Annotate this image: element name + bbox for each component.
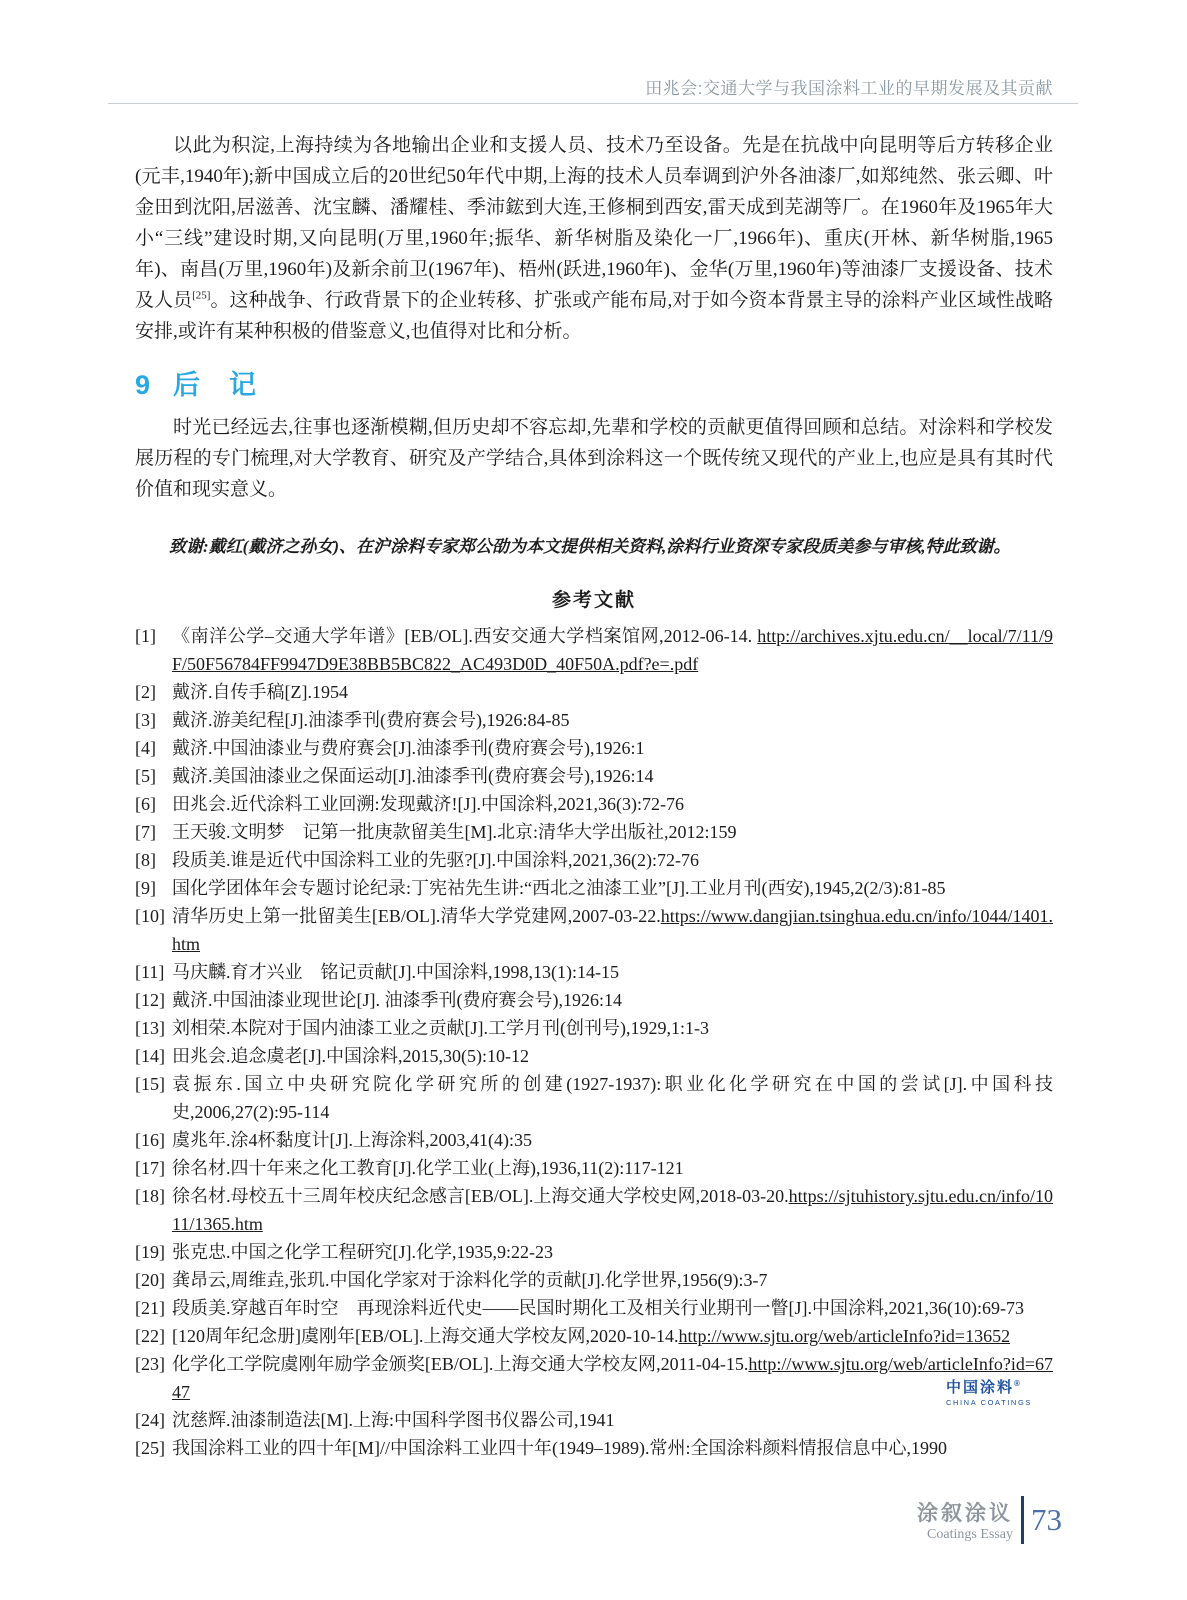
footer-divider-bar (1021, 1496, 1024, 1544)
reference-content: 戴济.自传手稿[Z].1954 (172, 682, 348, 702)
reference-content: 田兆会.追念虞老[J].中国涂料,2015,30(5):10-12 (172, 1046, 529, 1066)
reference-content: 沈慈辉.油漆制造法[M].上海:中国科学图书仪器公司,1941 (172, 1410, 615, 1430)
reference-text: 虞兆年.涂4杯黏度计[J].上海涂料,2003,41(4):35 (172, 1130, 532, 1150)
reference-number: [5] (135, 762, 156, 790)
reference-item: [6]田兆会.近代涂料工业回溯:发现戴济![J].中国涂料,2021,36(3)… (135, 790, 1053, 818)
reference-item: [9]国化学团体年会专题讨论纪录:丁宪祜先生讲:“西北之油漆工业”[J].工业月… (135, 874, 1053, 902)
reference-content: 王天骏.文明梦 记第一批庚款留美生[M].北京:清华大学出版社,2012:159 (172, 822, 737, 842)
section-heading-postscript: 9后 记 (135, 363, 1053, 402)
paragraph-postscript: 时光已经远去,往事也逐渐模糊,但历史却不容忘却,先辈和学校的贡献更值得回顾和总结… (135, 412, 1053, 505)
reference-number: [23] (135, 1350, 165, 1378)
reference-url-link[interactable]: http://www.sjtu.org/web/articleInfo?id=1… (678, 1326, 1010, 1346)
section-title: 后 记 (173, 370, 257, 400)
reference-item: [7]王天骏.文明梦 记第一批庚款留美生[M].北京:清华大学出版社,2012:… (135, 818, 1053, 846)
reference-item: [15]袁振东.国立中央研究院化学研究所的创建(1927-1937):职业化化学… (135, 1070, 1053, 1126)
reference-text: 清华历史上第一批留美生[EB/OL].清华大学党建网,2007-03-22. (172, 906, 661, 926)
reference-item: [21]段质美.穿越百年时空 再现涂料近代史——民国时期化工及相关行业期刊一瞥[… (135, 1294, 1053, 1322)
reference-text: 龚昂云,周维垚,张玑.中国化学家对于涂料化学的贡献[J].化学世界,1956(9… (172, 1270, 767, 1290)
column-title-english: Coatings Essay (917, 1527, 1013, 1543)
paragraph-enterprise-transfer: 以此为积淀,上海持续为各地输出企业和支援人员、技术乃至设备。先是在抗战中向昆明等… (135, 130, 1053, 347)
reference-number: [18] (135, 1182, 165, 1210)
reference-number: [24] (135, 1406, 165, 1434)
reference-content: 段质美.穿越百年时空 再现涂料近代史——民国时期化工及相关行业期刊一瞥[J].中… (172, 1298, 1024, 1318)
brand-name: 中国涂料® (946, 1376, 1032, 1397)
china-coatings-logo: 中国涂料® CHINA COATINGS (946, 1376, 1032, 1407)
reference-text: 国化学团体年会专题讨论纪录:丁宪祜先生讲:“西北之油漆工业”[J].工业月刊(西… (172, 878, 945, 898)
reference-number: [13] (135, 1014, 165, 1042)
reference-number: [2] (135, 678, 156, 706)
reference-content: 田兆会.近代涂料工业回溯:发现戴济![J].中国涂料,2021,36(3):72… (172, 794, 684, 814)
reference-content: 张克忠.中国之化学工程研究[J].化学,1935,9:22-23 (172, 1242, 553, 1262)
running-title: 田兆会:交通大学与我国涂料工业的早期发展及其贡献 (645, 74, 1053, 99)
reference-text: 马庆麟.育才兴业 铭记贡献[J].中国涂料,1998,13(1):14-15 (172, 962, 619, 982)
registered-mark-icon: ® (1014, 1379, 1022, 1388)
reference-item: [11]马庆麟.育才兴业 铭记贡献[J].中国涂料,1998,13(1):14-… (135, 958, 1053, 986)
section-number: 9 (135, 370, 151, 400)
reference-text: 徐名材.四十年来之化工教育[J].化学工业(上海),1936,11(2):117… (172, 1158, 684, 1178)
page-content: 以此为积淀,上海持续为各地输出企业和支援人员、技术乃至设备。先是在抗战中向昆明等… (135, 130, 1053, 1462)
reference-text: 戴济.中国油漆业与费府赛会[J].油漆季刊(费府赛会号),1926:1 (172, 738, 644, 758)
reference-item: [20]龚昂云,周维垚,张玑.中国化学家对于涂料化学的贡献[J].化学世界,19… (135, 1266, 1053, 1294)
reference-number: [25] (135, 1434, 165, 1462)
reference-item: [2]戴济.自传手稿[Z].1954 (135, 678, 1053, 706)
reference-text: 袁振东.国立中央研究院化学研究所的创建(1927-1937):职业化化学研究在中… (172, 1074, 1053, 1122)
reference-text: 徐名材.母校五十三周年校庆纪念感言[EB/OL].上海交通大学校史网,2018-… (172, 1186, 789, 1206)
reference-item: [4]戴济.中国油漆业与费府赛会[J].油漆季刊(费府赛会号),1926:1 (135, 734, 1053, 762)
column-title: 涂叙涂议 (917, 1497, 1013, 1527)
reference-content: 马庆麟.育才兴业 铭记贡献[J].中国涂料,1998,13(1):14-15 (172, 962, 619, 982)
reference-number: [4] (135, 734, 156, 762)
reference-text: 化学化工学院虞刚年励学金颁奖[EB/OL].上海交通大学校友网,2011-04-… (172, 1354, 748, 1374)
reference-number: [7] (135, 818, 156, 846)
reference-content: 段质美.谁是近代中国涂料工业的先驱?[J].中国涂料,2021,36(2):72… (172, 850, 699, 870)
reference-number: [11] (135, 958, 164, 986)
reference-number: [16] (135, 1126, 165, 1154)
reference-item: [22][120周年纪念册]虞刚年[EB/OL].上海交通大学校友网,2020-… (135, 1322, 1053, 1350)
citation-superscript: [25] (192, 290, 210, 302)
reference-content: 戴济.中国油漆业现世论[J]. 油漆季刊(费府赛会号),1926:14 (172, 990, 622, 1010)
reference-text: 田兆会.追念虞老[J].中国涂料,2015,30(5):10-12 (172, 1046, 529, 1066)
reference-text: 戴济.自传手稿[Z].1954 (172, 682, 348, 702)
reference-item: [12]戴济.中国油漆业现世论[J]. 油漆季刊(费府赛会号),1926:14 (135, 986, 1053, 1014)
reference-number: [8] (135, 846, 156, 874)
reference-content: 袁振东.国立中央研究院化学研究所的创建(1927-1937):职业化化学研究在中… (172, 1074, 1053, 1122)
reference-item: [19]张克忠.中国之化学工程研究[J].化学,1935,9:22-23 (135, 1238, 1053, 1266)
reference-text: 我国涂料工业的四十年[M]//中国涂料工业四十年(1949–1989).常州:全… (172, 1438, 947, 1458)
reference-content: 龚昂云,周维垚,张玑.中国化学家对于涂料化学的贡献[J].化学世界,1956(9… (172, 1270, 767, 1290)
document-page: 田兆会:交通大学与我国涂料工业的早期发展及其贡献 以此为积淀,上海持续为各地输出… (0, 0, 1187, 1600)
paragraph-text: 。这种战争、行政背景下的企业转移、扩张或产能布局,对于如今资本背景主导的涂料产业… (135, 290, 1053, 342)
page-footer: 涂叙涂议 Coatings Essay 73 (917, 1496, 1062, 1544)
reference-item: [8]段质美.谁是近代中国涂料工业的先驱?[J].中国涂料,2021,36(2)… (135, 846, 1053, 874)
reference-number: [20] (135, 1266, 165, 1294)
reference-content: 化学化工学院虞刚年励学金颁奖[EB/OL].上海交通大学校友网,2011-04-… (172, 1354, 1053, 1402)
reference-number: [6] (135, 790, 156, 818)
references-heading: 参考文献 (135, 585, 1053, 612)
reference-content: 徐名材.母校五十三周年校庆纪念感言[EB/OL].上海交通大学校史网,2018-… (172, 1186, 1053, 1234)
reference-item: [13]刘相荣.本院对于国内油漆工业之贡献[J].工学月刊(创刊号),1929,… (135, 1014, 1053, 1042)
page-number: 73 (1031, 1502, 1062, 1538)
reference-item: [3]戴济.游美纪程[J].油漆季刊(费府赛会号),1926:84-85 (135, 706, 1053, 734)
footer-column-labels: 涂叙涂议 Coatings Essay (917, 1497, 1013, 1543)
reference-content: 清华历史上第一批留美生[EB/OL].清华大学党建网,2007-03-22.ht… (172, 906, 1053, 954)
reference-content: 戴济.美国油漆业之保面运动[J].油漆季刊(费府赛会号),1926:14 (172, 766, 653, 786)
reference-item: [24]沈慈辉.油漆制造法[M].上海:中国科学图书仪器公司,1941 (135, 1406, 1053, 1434)
reference-number: [19] (135, 1238, 165, 1266)
reference-item: [23]化学化工学院虞刚年励学金颁奖[EB/OL].上海交通大学校友网,2011… (135, 1350, 1053, 1406)
reference-number: [17] (135, 1154, 165, 1182)
paragraph-text: 以此为积淀,上海持续为各地输出企业和支援人员、技术乃至设备。先是在抗战中向昆明等… (135, 135, 1053, 311)
acknowledgment-line: 致谢:戴红(戴济之孙女)、在沪涂料专家郑公劭为本文提供相关资料,涂料行业资深专家… (135, 533, 1053, 561)
reference-item: [25]我国涂料工业的四十年[M]//中国涂料工业四十年(1949–1989).… (135, 1434, 1053, 1462)
reference-item: [1]《南洋公学–交通大学年谱》[EB/OL].西安交通大学档案馆网,2012-… (135, 622, 1053, 678)
reference-content: 徐名材.四十年来之化工教育[J].化学工业(上海),1936,11(2):117… (172, 1158, 684, 1178)
reference-item: [14]田兆会.追念虞老[J].中国涂料,2015,30(5):10-12 (135, 1042, 1053, 1070)
reference-item: [10]清华历史上第一批留美生[EB/OL].清华大学党建网,2007-03-2… (135, 902, 1053, 958)
reference-text: 戴济.中国油漆业现世论[J]. 油漆季刊(费府赛会号),1926:14 (172, 990, 622, 1010)
reference-text: [120周年纪念册]虞刚年[EB/OL].上海交通大学校友网,2020-10-1… (172, 1326, 678, 1346)
reference-number: [9] (135, 874, 156, 902)
reference-item: [16]虞兆年.涂4杯黏度计[J].上海涂料,2003,41(4):35 (135, 1126, 1053, 1154)
reference-content: 国化学团体年会专题讨论纪录:丁宪祜先生讲:“西北之油漆工业”[J].工业月刊(西… (172, 878, 945, 898)
reference-text: 田兆会.近代涂料工业回溯:发现戴济![J].中国涂料,2021,36(3):72… (172, 794, 684, 814)
reference-number: [12] (135, 986, 165, 1014)
reference-text: 段质美.穿越百年时空 再现涂料近代史——民国时期化工及相关行业期刊一瞥[J].中… (172, 1298, 1024, 1318)
references-list: [1]《南洋公学–交通大学年谱》[EB/OL].西安交通大学档案馆网,2012-… (135, 622, 1053, 1462)
reference-content: 戴济.中国油漆业与费府赛会[J].油漆季刊(费府赛会号),1926:1 (172, 738, 644, 758)
reference-content: 我国涂料工业的四十年[M]//中国涂料工业四十年(1949–1989).常州:全… (172, 1438, 947, 1458)
reference-content: 虞兆年.涂4杯黏度计[J].上海涂料,2003,41(4):35 (172, 1130, 532, 1150)
reference-item: [18]徐名材.母校五十三周年校庆纪念感言[EB/OL].上海交通大学校史网,2… (135, 1182, 1053, 1238)
reference-number: [15] (135, 1070, 165, 1098)
reference-text: 张克忠.中国之化学工程研究[J].化学,1935,9:22-23 (172, 1242, 553, 1262)
reference-content: [120周年纪念册]虞刚年[EB/OL].上海交通大学校友网,2020-10-1… (172, 1326, 1010, 1346)
header-rule (108, 103, 1078, 104)
brand-subtitle: CHINA COATINGS (946, 1398, 1032, 1407)
reference-text: 沈慈辉.油漆制造法[M].上海:中国科学图书仪器公司,1941 (172, 1410, 615, 1430)
reference-number: [1] (135, 622, 156, 650)
reference-number: [14] (135, 1042, 165, 1070)
reference-text: 戴济.游美纪程[J].油漆季刊(费府赛会号),1926:84-85 (172, 710, 569, 730)
reference-text: 戴济.美国油漆业之保面运动[J].油漆季刊(费府赛会号),1926:14 (172, 766, 653, 786)
reference-text: 王天骏.文明梦 记第一批庚款留美生[M].北京:清华大学出版社,2012:159 (172, 822, 737, 842)
reference-content: 刘相荣.本院对于国内油漆工业之贡献[J].工学月刊(创刊号),1929,1:1-… (172, 1018, 709, 1038)
reference-number: [3] (135, 706, 156, 734)
reference-content: 《南洋公学–交通大学年谱》[EB/OL].西安交通大学档案馆网,2012-06-… (172, 626, 1053, 674)
reference-number: [22] (135, 1322, 165, 1350)
reference-content: 戴济.游美纪程[J].油漆季刊(费府赛会号),1926:84-85 (172, 710, 569, 730)
reference-item: [5]戴济.美国油漆业之保面运动[J].油漆季刊(费府赛会号),1926:14 (135, 762, 1053, 790)
reference-item: [17]徐名材.四十年来之化工教育[J].化学工业(上海),1936,11(2)… (135, 1154, 1053, 1182)
reference-text: 《南洋公学–交通大学年谱》[EB/OL].西安交通大学档案馆网,2012-06-… (172, 626, 757, 646)
reference-number: [10] (135, 902, 165, 930)
reference-text: 段质美.谁是近代中国涂料工业的先驱?[J].中国涂料,2021,36(2):72… (172, 850, 699, 870)
reference-number: [21] (135, 1294, 165, 1322)
reference-text: 刘相荣.本院对于国内油漆工业之贡献[J].工学月刊(创刊号),1929,1:1-… (172, 1018, 709, 1038)
